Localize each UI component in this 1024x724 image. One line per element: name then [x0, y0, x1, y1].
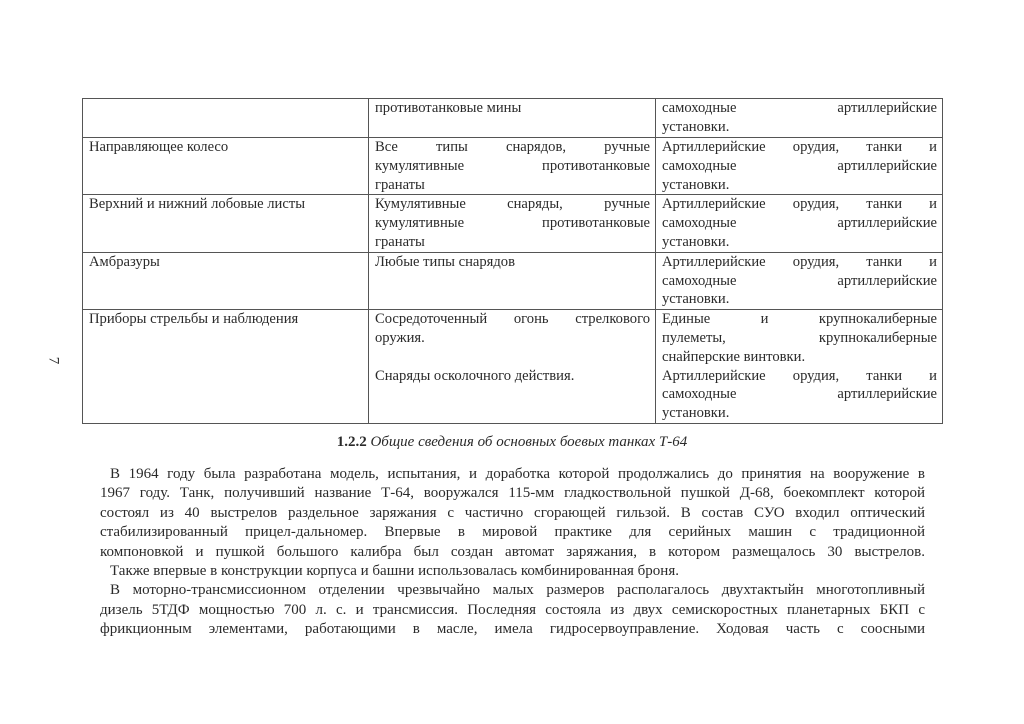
cell-line: Направляющее колесо — [89, 138, 363, 157]
text-line: Также впервые в конструкции корпуса и ба… — [100, 562, 925, 581]
text-line: состоял из 40 выстрелов раздельное заряж… — [100, 504, 925, 523]
ammunition-cell: Кумулятивные снаряды, ручныекумулятивные… — [369, 195, 656, 252]
cell-line — [375, 348, 650, 367]
cell-line: гранаты — [375, 176, 650, 195]
cell-line: Артиллерийские орудия, танки и — [662, 138, 937, 157]
cell-line: Сосредоточенный огонь стрелкового — [375, 310, 650, 329]
cell-line: Приборы стрельбы и наблюдения — [89, 310, 363, 329]
paragraph: В 1964 году была разработана модель, исп… — [100, 465, 925, 581]
cell-line: самоходные артиллерийские — [662, 385, 937, 404]
ammunition-cell: Все типы снарядов, ручныекумулятивные пр… — [369, 138, 656, 195]
ammunition-cell: Любые типы снарядов — [369, 252, 656, 309]
ammunition-cell: Сосредоточенный огонь стрелковогооружия.… — [369, 310, 656, 424]
cell-line: самоходные артиллерийские — [662, 99, 937, 118]
paragraph: В моторно-трансмиссионном отделении чрез… — [100, 581, 925, 639]
target-cell — [83, 99, 369, 138]
text-line: В 1964 году была разработана модель, исп… — [100, 465, 925, 484]
weapon-cell: Артиллерийские орудия, танки исамоходные… — [656, 195, 943, 252]
cell-line: установки. — [662, 118, 937, 137]
text-line: стабилизированный прицел-дальномер. Впер… — [100, 523, 925, 542]
vulnerability-table: противотанковые минысамоходные артиллери… — [82, 98, 943, 424]
cell-line: Артиллерийские орудия, танки и — [662, 195, 937, 214]
cell-line: противотанковые мины — [375, 99, 650, 118]
cell-line: Артиллерийские орудия, танки и — [662, 367, 937, 386]
cell-line: Снаряды осколочного действия. — [375, 367, 650, 386]
target-cell: Приборы стрельбы и наблюдения — [83, 310, 369, 424]
cell-line: установки. — [662, 290, 937, 309]
text-line: В моторно-трансмиссионном отделении чрез… — [100, 581, 925, 600]
cell-line: установки. — [662, 176, 937, 195]
cell-line: Единые и крупнокалиберные — [662, 310, 937, 329]
cell-line: Артиллерийские орудия, танки и — [662, 253, 937, 272]
page-number: 7 — [44, 357, 61, 365]
text-line: дизель 5ТДФ мощностью 700 л. с. и трансм… — [100, 601, 925, 620]
weapon-cell: Единые и крупнокалиберныепулеметы, крупн… — [656, 310, 943, 424]
body-text: В 1964 году была разработана модель, исп… — [100, 465, 925, 640]
section-number: 1.2.2 — [337, 434, 367, 450]
cell-line: оружия. — [375, 329, 650, 348]
cell-line: гранаты — [375, 233, 650, 252]
cell-line: снайперские винтовки. — [662, 348, 937, 367]
cell-line: Все типы снарядов, ручные — [375, 138, 650, 157]
cell-line: Любые типы снарядов — [375, 253, 650, 272]
weapon-cell: Артиллерийские орудия, танки исамоходные… — [656, 252, 943, 309]
cell-line: пулеметы, крупнокалиберные — [662, 329, 937, 348]
target-cell: Амбразуры — [83, 252, 369, 309]
table-row: противотанковые минысамоходные артиллери… — [83, 99, 943, 138]
cell-line: установки. — [662, 404, 937, 423]
target-cell: Направляющее колесо — [83, 138, 369, 195]
text-line: компоновкой и пушкой большого калибра бы… — [100, 543, 925, 562]
cell-line: установки. — [662, 233, 937, 252]
text-line: фрикционным элементами, работающими в ма… — [100, 620, 925, 639]
ammunition-cell: противотанковые мины — [369, 99, 656, 138]
text-line: 1967 году. Танк, получивший название Т-6… — [100, 484, 925, 503]
weapon-cell: Артиллерийские орудия, танки исамоходные… — [656, 138, 943, 195]
table-row: Верхний и нижний лобовые листыКумулятивн… — [83, 195, 943, 252]
table-row: Приборы стрельбы и наблюденияСосредоточе… — [83, 310, 943, 424]
cell-line: Верхний и нижний лобовые листы — [89, 195, 363, 214]
cell-line: кумулятивные противотанковые — [375, 214, 650, 233]
section-title: Общие сведения об основных боевых танках… — [370, 434, 687, 450]
cell-line: самоходные артиллерийские — [662, 272, 937, 291]
table-row: Направляющее колесоВсе типы снарядов, ру… — [83, 138, 943, 195]
cell-line: кумулятивные противотанковые — [375, 157, 650, 176]
cell-line: самоходные артиллерийские — [662, 157, 937, 176]
section-heading: 1.2.2 Общие сведения об основных боевых … — [0, 434, 1024, 451]
cell-line: Кумулятивные снаряды, ручные — [375, 195, 650, 214]
weapon-cell: самоходные артиллерийскиеустановки. — [656, 99, 943, 138]
cell-line: самоходные артиллерийские — [662, 214, 937, 233]
table-row: АмбразурыЛюбые типы снарядовАртиллерийск… — [83, 252, 943, 309]
cell-line: Амбразуры — [89, 253, 363, 272]
target-cell: Верхний и нижний лобовые листы — [83, 195, 369, 252]
